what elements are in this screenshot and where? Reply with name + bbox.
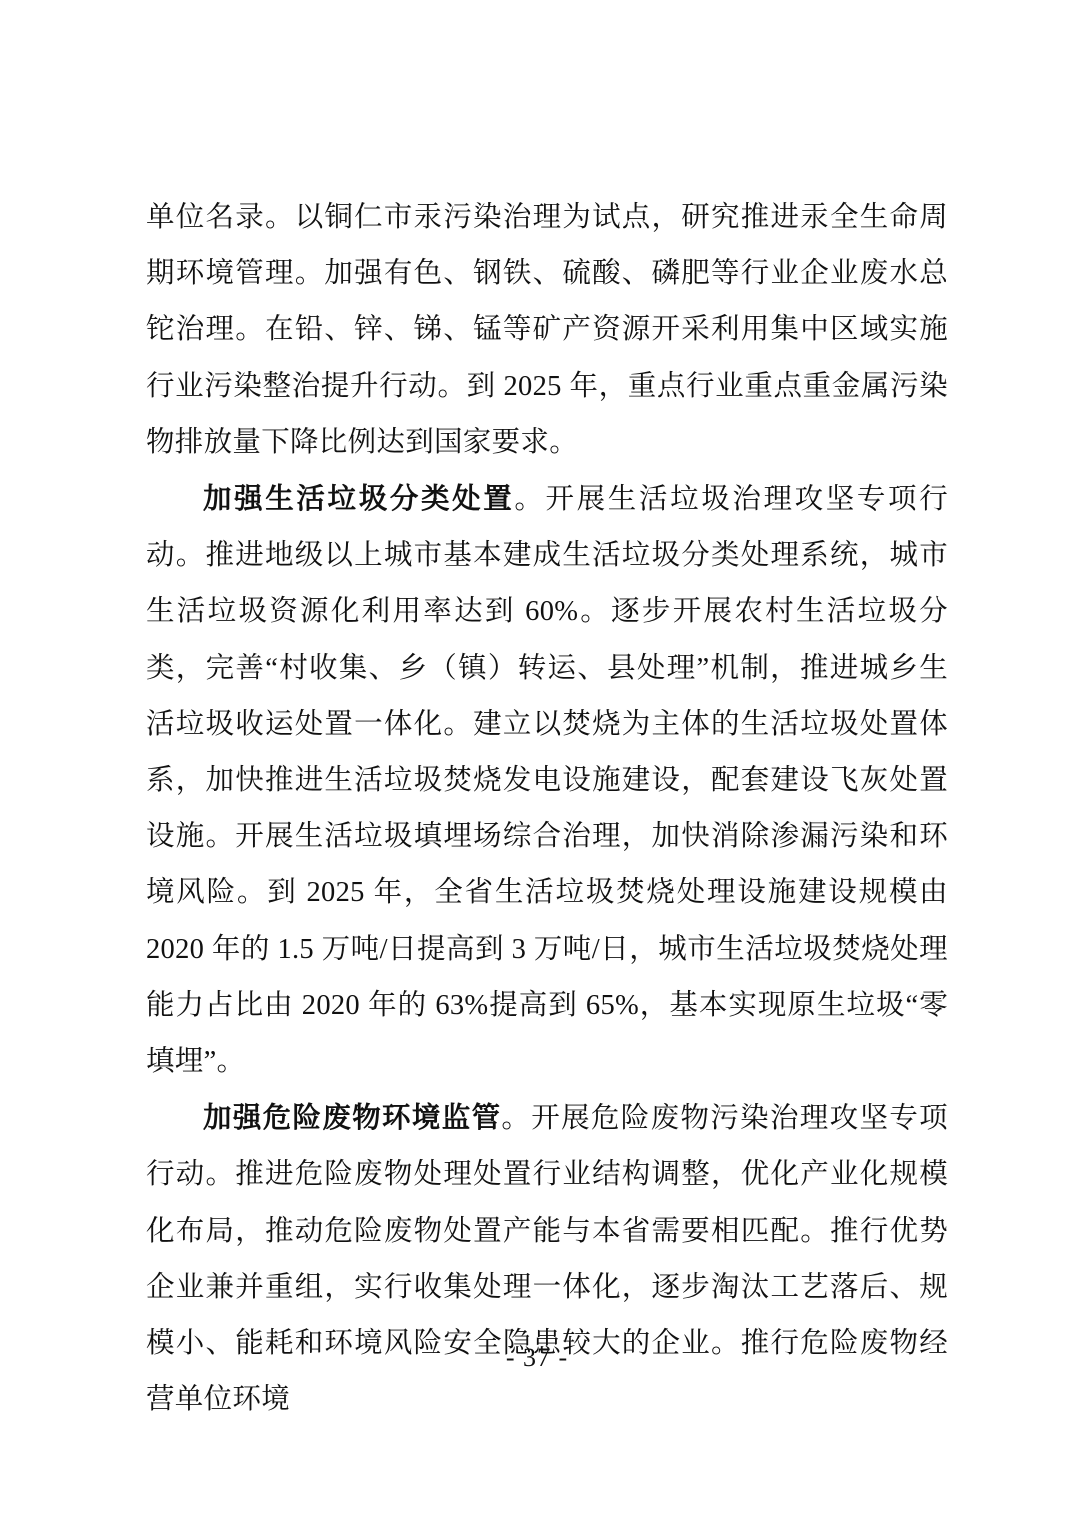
document-page: 单位名录。以铜仁市汞污染治理为试点，研究推进汞全生命周期环境管理。加强有色、钢铁… [0, 0, 1074, 1520]
paragraph-text: 单位名录。以铜仁市汞污染治理为试点，研究推进汞全生命周期环境管理。加强有色、钢铁… [146, 202, 948, 458]
paragraph-lead: 加强危险废物环境监管 [203, 1102, 501, 1134]
document-body: 单位名录。以铜仁市汞污染治理为试点，研究推进汞全生命周期环境管理。加强有色、钢铁… [146, 190, 948, 1428]
paragraph: 加强生活垃圾分类处置。开展生活垃圾治理攻坚专项行动。推进地级以上城市基本建成生活… [146, 471, 948, 1090]
paragraph-lead: 加强生活垃圾分类处置 [203, 483, 514, 515]
paragraph: 单位名录。以铜仁市汞污染治理为试点，研究推进汞全生命周期环境管理。加强有色、钢铁… [146, 190, 948, 471]
paragraph-text: 。开展生活垃圾治理攻坚专项行动。推进地级以上城市基本建成生活垃圾分类处理系统，城… [146, 484, 948, 1077]
paragraph: 加强危险废物环境监管。开展危险废物污染治理攻坚专项行动。推进危险废物处理处置行业… [146, 1090, 948, 1428]
page-number: - 37 - [0, 1342, 1074, 1374]
